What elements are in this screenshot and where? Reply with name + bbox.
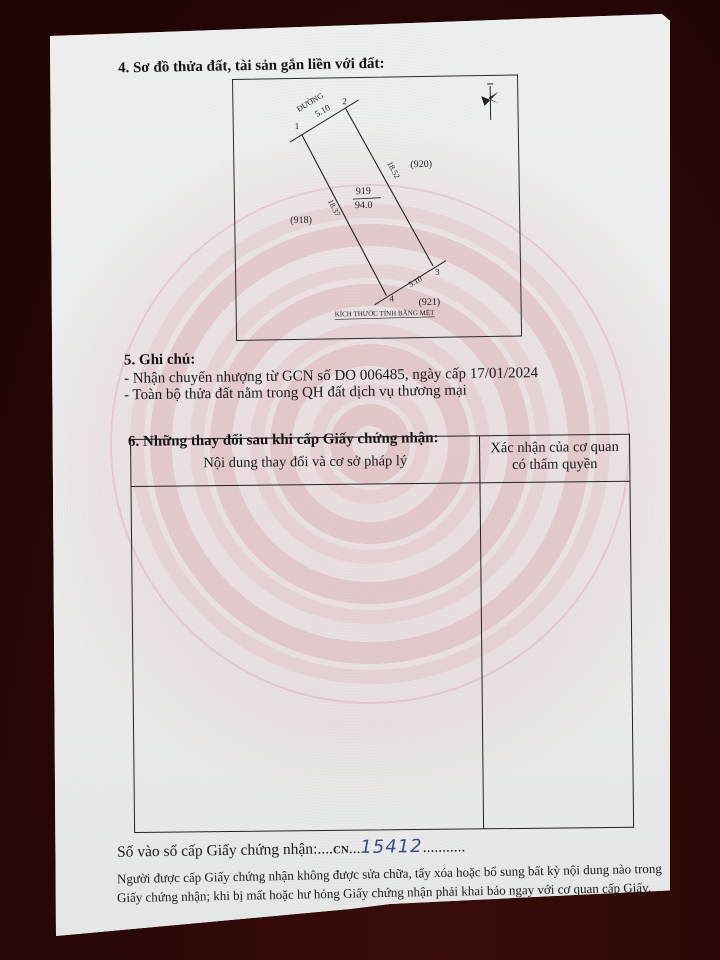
registry-number: 15412 [360,836,423,858]
neighbor-right: (920) [410,159,432,170]
registry-dots-after: ........... [423,838,466,856]
vertex-4: 4 [389,293,394,303]
vertex-3: 3 [435,267,440,277]
vertex-2: 2 [342,96,347,106]
column-header-confirmation: Xác nhận của cơ quan có thẩm quyền [480,439,629,475]
parcel-drawing [233,76,521,340]
registry-dots-before: ... [349,840,361,857]
changes-table: Nội dung thay đổi và cơ sở pháp lý Xác n… [130,434,634,833]
neighbor-bottom: (921) [418,297,440,308]
column-divider [479,436,484,828]
registry-prefix: CN [333,844,349,856]
compass-icon [481,84,500,120]
column-header-confirmation-line1: Xác nhận của cơ quan [480,439,629,458]
vertex-1: 1 [295,121,300,131]
section5-heading: 5. Ghi chú: [124,352,195,370]
registry-label: Số vào sổ cấp Giấy chứng nhận:.... [117,840,333,860]
column-header-confirmation-line2: có thẩm quyền [480,456,629,475]
photo-background: 4. Sơ đồ thửa đất, tài sản gắn liền với … [0,0,720,960]
parcel-number: 919 [356,186,371,197]
column-header-changes: Nội dung thay đổi và cơ sở pháp lý [131,452,479,473]
land-parcel-diagram: ĐƯỜNG 5.10 1 2 3 4 18.52 18.37 5.10 919 … [232,75,522,341]
neighbor-left: (918) [290,215,312,226]
header-divider [131,481,629,487]
parcel-area: 94.0 [355,200,373,211]
scale-note: KÍCH THƯỚC TÍNH BẰNG MÉT [335,309,435,319]
